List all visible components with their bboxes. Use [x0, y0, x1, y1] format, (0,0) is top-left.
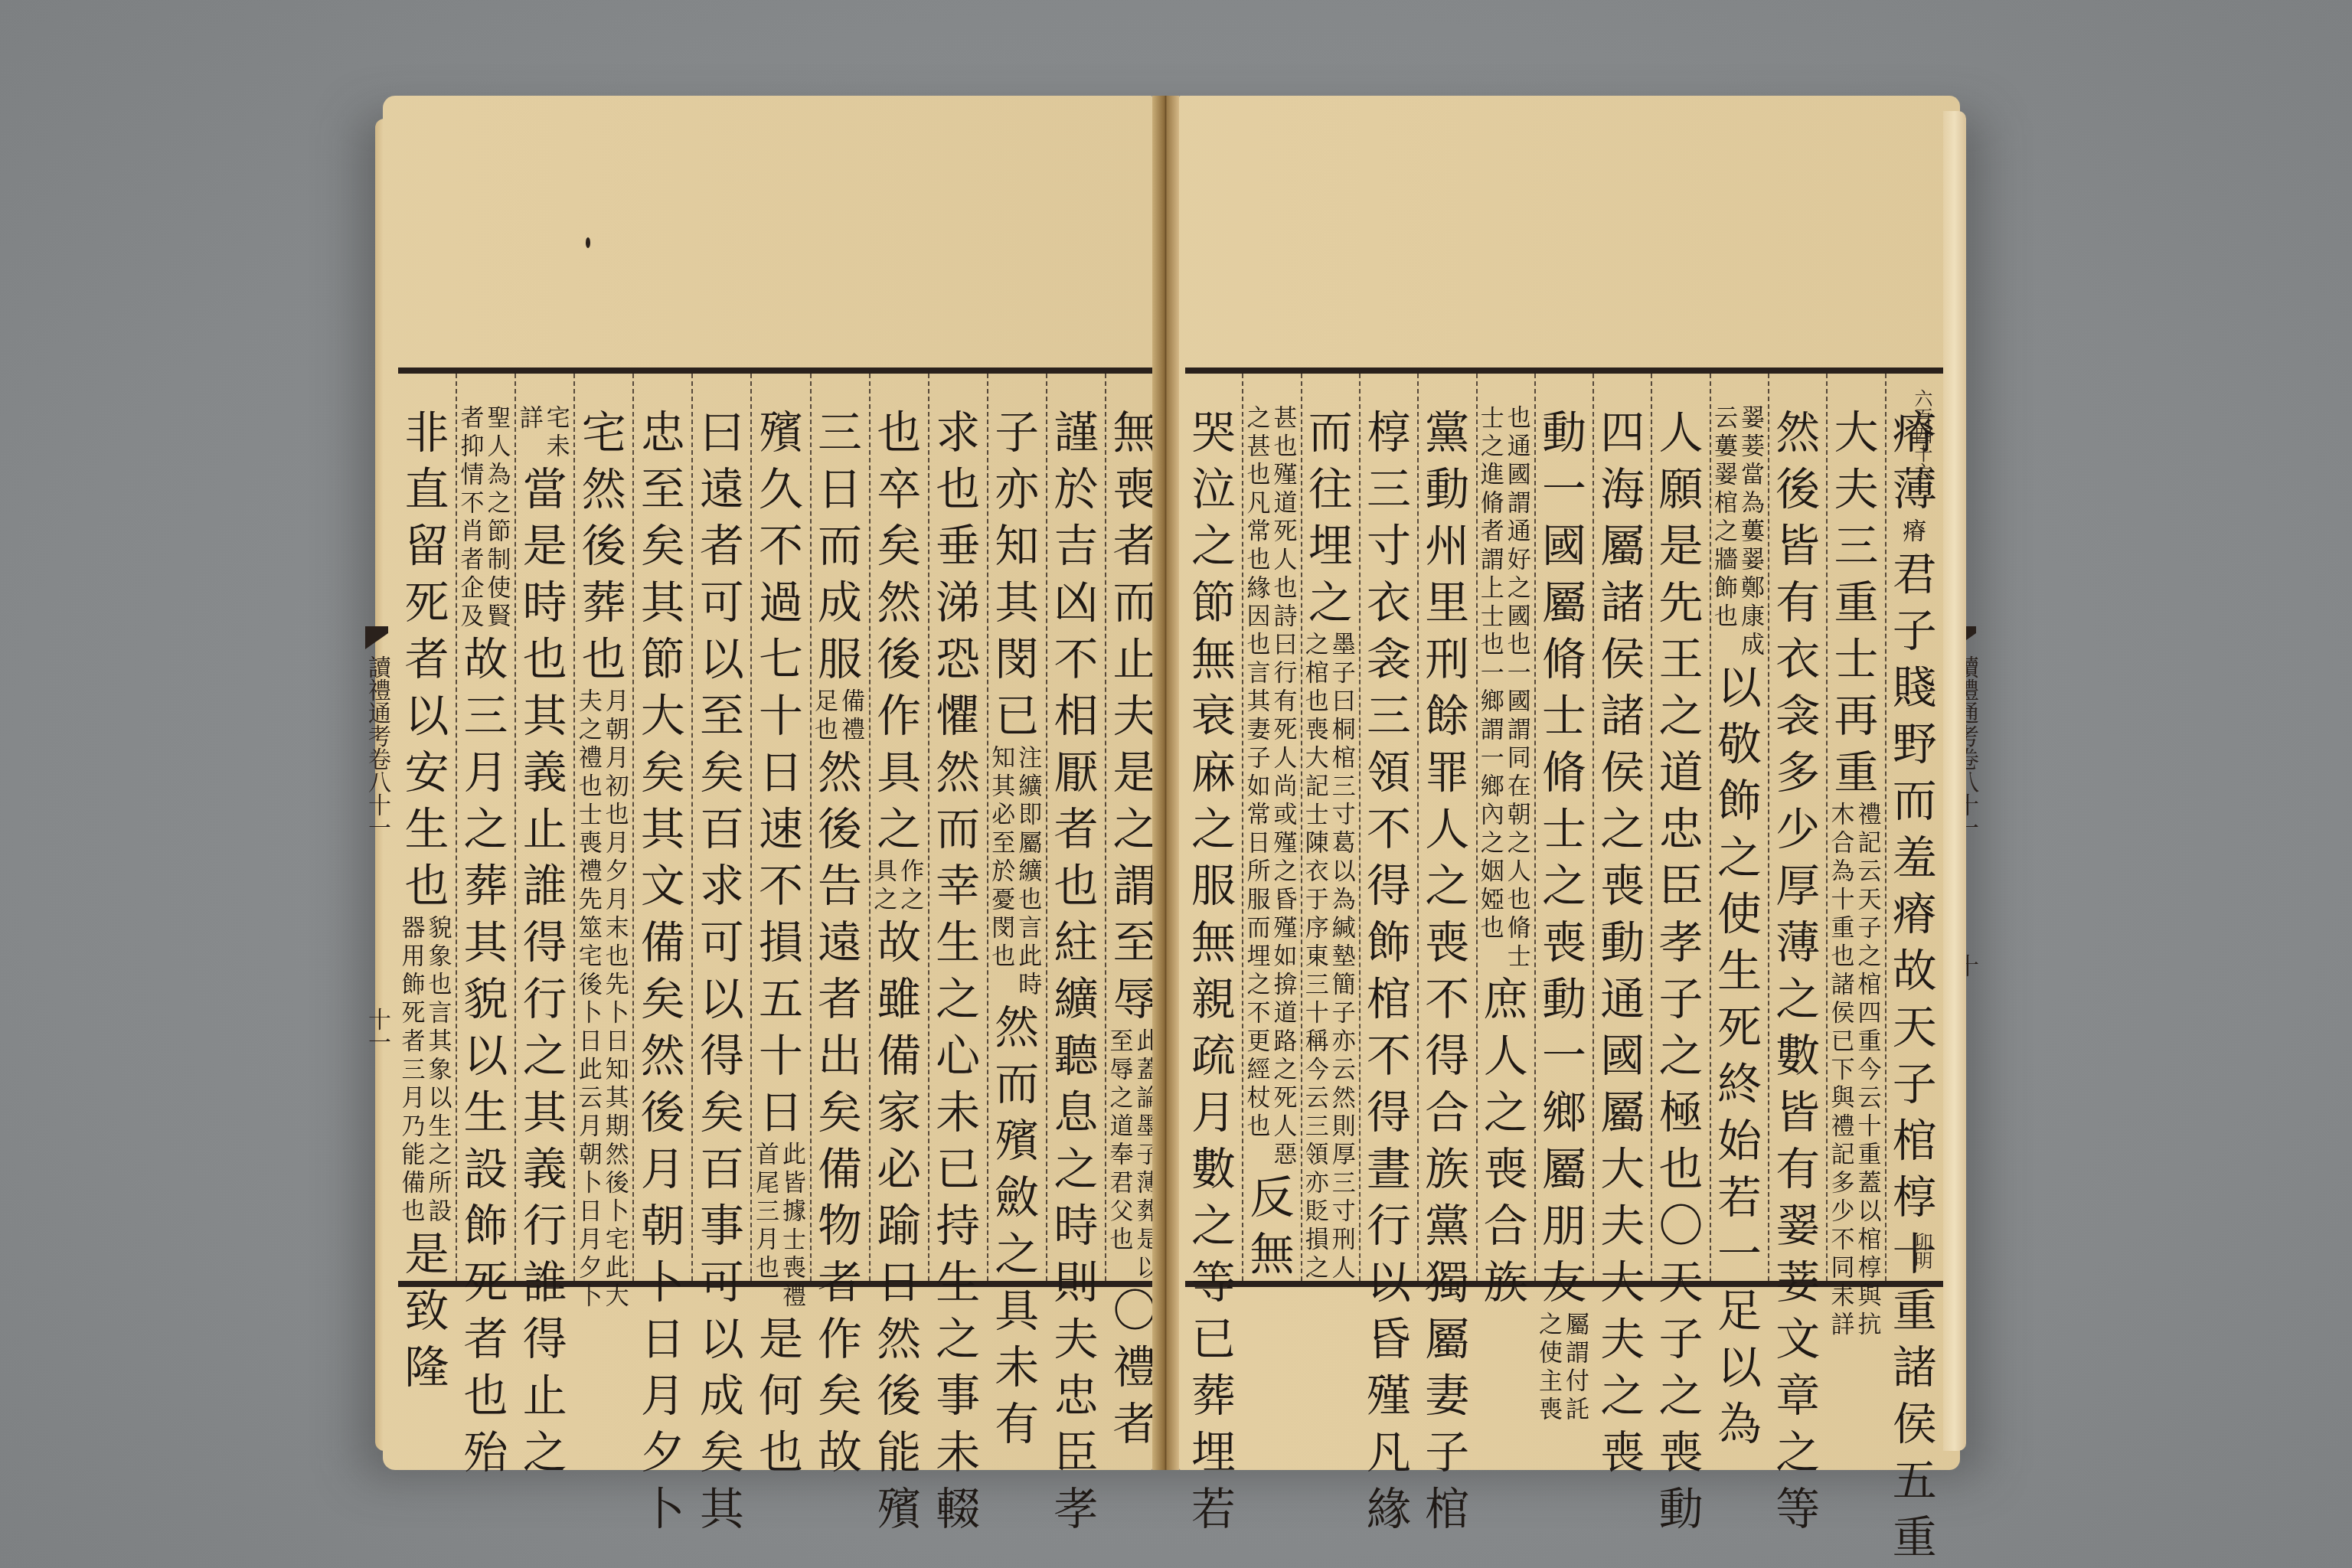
commentary-line: 禮記云天子之棺四重今云十重蓋以棺椁與抗	[1858, 801, 1882, 1339]
main-text-char: 動	[1542, 971, 1586, 1027]
main-text-char: 卒	[877, 461, 921, 518]
main-text-char: 喪	[1484, 1141, 1528, 1197]
interlinear-commentary: 甚也殣道死人也詩曰行有死人尚或殣之昏殣如揜道路之死人惡之甚也凡常也緣因也言其妻子…	[1246, 404, 1297, 1169]
main-text-char: 合	[1484, 1197, 1528, 1254]
main-text-char: 之	[1775, 971, 1820, 1027]
commentary-char: 之	[1305, 631, 1329, 659]
commentary-char: 之	[1858, 942, 1882, 971]
commentary-char: 十	[1305, 999, 1329, 1027]
text-column: 三日而成服備禮足也然後告遠者出矣備物者作矣故	[810, 374, 869, 1281]
main-text-char: 寸	[1367, 518, 1411, 574]
main-text-char: 為	[1717, 1396, 1762, 1452]
main-text-char: 已	[936, 1141, 980, 1197]
main-text-char: 喪	[1659, 1424, 1704, 1481]
main-text-char: 宅	[582, 404, 626, 461]
main-text-char: 願	[1659, 461, 1704, 518]
commentary-char: 道	[1273, 999, 1297, 1027]
commentary-char: 記	[1305, 773, 1329, 801]
main-text-char: 而	[1112, 574, 1157, 631]
commentary-char: 也	[402, 1197, 426, 1226]
main-text-char: 而	[995, 1056, 1039, 1112]
main-text-char: 屬	[1542, 574, 1586, 631]
main-text-char: 然	[877, 574, 921, 631]
commentary-char: 士	[1508, 942, 1531, 971]
text-column: 而往埋之墨子曰桐棺三寸葛以為緘墊簡子亦云然則厚三寸刑人之棺也喪大記士陳衣于序東三…	[1301, 374, 1359, 1281]
commentary-char: 者	[402, 1027, 426, 1056]
main-text-char: 必	[877, 1141, 921, 1197]
main-text-char: 備	[877, 1027, 921, 1084]
commentary-char: 重	[1831, 914, 1855, 942]
main-text-char: 而	[1308, 404, 1353, 461]
main-text-char: 刑	[1425, 631, 1469, 688]
commentary-char: 企	[461, 574, 485, 603]
main-text-char: 踰	[877, 1197, 921, 1254]
main-text-char: 以	[464, 1027, 508, 1084]
main-text-char: 翣	[1775, 1197, 1820, 1254]
commentary-char: 其	[1246, 688, 1270, 716]
main-text-char: 里	[1425, 574, 1469, 631]
main-text-char: 者	[818, 971, 862, 1027]
commentary-char: 憂	[991, 886, 1015, 914]
commentary-char: 據	[782, 1197, 806, 1226]
main-text-char: 行	[1367, 1197, 1411, 1254]
commentary-char: 詩	[1273, 603, 1297, 631]
main-text-char: 百	[700, 1141, 744, 1197]
main-text-char: 也	[1659, 1141, 1704, 1197]
commentary-char: 損	[1305, 1226, 1329, 1254]
main-text-char: 服	[818, 631, 862, 688]
main-text-char: 動	[1425, 461, 1469, 518]
commentary-char: 常	[1246, 518, 1270, 546]
commentary-char: 禮	[1831, 1112, 1855, 1141]
commentary-char: 一	[1481, 659, 1504, 688]
main-text-char: 孝	[1053, 1481, 1098, 1537]
left-page[interactable]: 無喪者而止夫是之謂至辱此蓋論墨子薄葬是以至辱之道奉君父也〇禮者謹於吉凶不相厭者也…	[383, 96, 1152, 1470]
main-text-char: 妻	[1425, 1367, 1469, 1424]
commentary-char: 三	[402, 1056, 426, 1084]
commentary-char: 未	[1831, 1282, 1855, 1311]
main-text-char: 息	[1053, 1084, 1098, 1141]
commentary-line: 夫之禮也士喪禮先筮宅後卜日此云月朝卜日月夕卜	[579, 688, 603, 1311]
commentary-char: 禮	[579, 857, 603, 886]
main-text-char: 〇	[1112, 1282, 1157, 1339]
main-text-char: 緣	[1367, 1481, 1411, 1537]
main-text-char: 未	[936, 1424, 980, 1481]
main-text-char: 吉	[1053, 518, 1098, 574]
commentary-line: 此皆據士喪禮	[782, 1141, 806, 1311]
main-text-char: 知	[995, 518, 1039, 574]
main-text-char: 敬	[1717, 716, 1762, 773]
commentary-char: 貌	[429, 914, 452, 942]
commentary-char: 而	[1246, 914, 1270, 942]
main-text-char: 之	[1659, 1027, 1704, 1084]
main-text-char: 三	[464, 688, 508, 744]
commentary-char: 主	[1539, 1367, 1563, 1396]
commentary-line: 首尾三月也	[756, 1141, 779, 1311]
main-text-char: 得	[1367, 1084, 1411, 1141]
main-text-char: 者	[1112, 1396, 1157, 1452]
commentary-char: 多	[1831, 1169, 1855, 1197]
main-text-char: 矣	[641, 518, 685, 574]
main-text-char: 子	[1659, 971, 1704, 1027]
commentary-char: 詳	[520, 404, 544, 433]
commentary-char: 使	[488, 574, 511, 603]
main-text-char: 得	[1425, 1027, 1469, 1084]
commentary-char: 言	[1018, 914, 1042, 942]
commentary-char: 士	[1305, 801, 1329, 829]
commentary-char: 纊	[1018, 857, 1042, 886]
commentary-char: 經	[1246, 1056, 1270, 1084]
commentary-line: 足也	[815, 688, 838, 744]
commentary-char: 國	[1508, 688, 1531, 716]
main-text-char: 一	[1542, 1027, 1586, 1084]
main-text-char: 可	[700, 574, 744, 631]
main-text-char: 故	[877, 914, 921, 971]
commentary-char: 月	[606, 688, 629, 716]
commentary-char: 末	[606, 914, 629, 942]
main-text-char: 若	[1717, 1169, 1762, 1226]
main-text-char: 能	[877, 1424, 921, 1481]
main-text-char: 夫	[1600, 1197, 1645, 1254]
main-text-char: 多	[1775, 744, 1820, 801]
main-text-char: 餘	[1425, 688, 1469, 744]
main-text-char: 殣	[1367, 1367, 1411, 1424]
commentary-char: 衣	[1305, 857, 1329, 886]
commentary-char: 肖	[461, 518, 485, 546]
main-text-char: 動	[1542, 404, 1586, 461]
main-text-char: 以	[700, 1311, 744, 1367]
main-text-char: 衰	[1191, 688, 1236, 744]
commentary-char: 死	[1273, 1084, 1297, 1112]
main-text-char: 罪	[1425, 744, 1469, 801]
commentary-char: 常	[1246, 801, 1270, 829]
main-text-char: 過	[759, 574, 803, 631]
commentary-char: 也	[1508, 404, 1531, 433]
commentary-char: 禮	[1858, 801, 1882, 829]
commentary-char: 杖	[1246, 1084, 1270, 1112]
text-column: 大夫三重士再重禮記云天子之棺四重今云十重蓋以棺椁與抗木合為十重也諸侯已下與禮記多…	[1826, 374, 1884, 1281]
main-text-char: 以	[700, 631, 744, 688]
commentary-char: 甚	[1246, 433, 1270, 461]
main-text-char: 之	[1659, 688, 1704, 744]
main-text-char: 飾	[1367, 914, 1411, 971]
commentary-char: 簡	[1332, 971, 1356, 999]
main-text-char: 纊	[1053, 971, 1098, 1027]
commentary-char: 日	[1246, 829, 1270, 857]
main-text-char: 喪	[1425, 914, 1469, 971]
commentary-char: 國	[1508, 603, 1531, 631]
commentary-char: 云	[1858, 1084, 1882, 1112]
commentary-char: 也	[1018, 886, 1042, 914]
main-text-char: 衾	[1775, 688, 1820, 744]
commentary-char: 蔞	[1741, 518, 1765, 546]
text-column: 黨動州里刑餘罪人之喪不得合族黨獨屬妻子棺	[1417, 374, 1475, 1281]
upper-corner-note: 六百四十六	[1911, 389, 1932, 481]
commentary-char: 及	[461, 603, 485, 631]
commentary-char: 之	[1508, 829, 1531, 857]
left-page-text-frame: 無喪者而止夫是之謂至辱此蓋論墨子薄葬是以至辱之道奉君父也〇禮者謹於吉凶不相厭者也…	[398, 367, 1164, 1287]
commentary-char: 者	[1481, 518, 1504, 546]
commentary-char: 三	[1305, 971, 1329, 999]
main-text-char: 幸	[936, 857, 980, 914]
interlinear-commentary: 墨子曰桐棺三寸葛以為緘墊簡子亦云然則厚三寸刑人之棺也喪大記士陳衣于序東三十稱今云…	[1305, 631, 1356, 1282]
main-text-char: 之	[1600, 801, 1645, 857]
commentary-char: 之	[1481, 433, 1504, 461]
commentary-char: 三	[756, 1197, 779, 1226]
main-text-char: 黨	[1425, 1197, 1469, 1254]
commentary-char: 之	[1508, 574, 1531, 603]
main-text-char: 矣	[641, 971, 685, 1027]
main-text-char: 可	[700, 914, 744, 971]
main-text-char: 先	[1659, 574, 1704, 631]
commentary-char: 在	[1508, 773, 1531, 801]
commentary-char: 器	[402, 914, 426, 942]
commentary-char: 東	[1305, 942, 1329, 971]
main-text-char: 獨	[1425, 1254, 1469, 1311]
commentary-line: 屬謂付託	[1566, 1311, 1589, 1424]
main-text-char: 葬	[1191, 1367, 1236, 1424]
commentary-char: 喪	[579, 829, 603, 857]
main-text-char: 天	[1893, 999, 1937, 1056]
commentary-char: 初	[606, 773, 629, 801]
commentary-line: 月朝月初也月夕月末也先卜日知其期然後卜宅此大	[606, 688, 629, 1311]
interlinear-commentary: 瘠	[1903, 518, 1926, 546]
text-column: 非直留死者以安生也貌象也言其象以生之所設器用飾死者三月乃能備也是致隆	[398, 374, 456, 1281]
main-text-char: 然	[995, 999, 1039, 1056]
main-text-char: 子	[1659, 1311, 1704, 1367]
commentary-char: 士	[579, 801, 603, 829]
commentary-char: 詳	[1831, 1311, 1855, 1339]
commentary-char: 先	[606, 971, 629, 999]
commentary-char: 有	[1273, 688, 1297, 716]
main-text-char: 數	[1775, 1027, 1820, 1084]
commentary-char: 之	[1109, 1084, 1133, 1112]
commentary-char: 謂	[1481, 716, 1504, 744]
main-text-char: 貌	[464, 971, 508, 1027]
main-text-char: 謂	[1112, 857, 1157, 914]
main-text-char: 野	[1893, 716, 1937, 773]
book-gutter	[1152, 96, 1179, 1470]
commentary-char: 者	[461, 404, 485, 433]
main-text-char: 持	[936, 1197, 980, 1254]
main-text-char: 後	[1775, 461, 1820, 518]
commentary-char: 重	[1858, 1027, 1882, 1056]
text-column: 哭泣之節無衰麻之服無親疏月數之等已葬埋若	[1185, 374, 1242, 1281]
commentary-char: 三	[1332, 773, 1356, 801]
commentary-char: 稱	[1305, 1027, 1329, 1056]
main-text-char: 諸	[1893, 1339, 1937, 1396]
commentary-char: 也	[1273, 433, 1297, 461]
commentary-char: 即	[1018, 801, 1042, 829]
commentary-char: 墨	[1332, 631, 1356, 659]
commentary-char: 今	[1858, 1056, 1882, 1084]
main-text-char: 致	[405, 1282, 449, 1339]
commentary-line: 器用飾死者三月乃能備也	[402, 914, 426, 1226]
main-text-char: 族	[1484, 1254, 1528, 1311]
commentary-line: 知其必至於憂閔也	[991, 744, 1015, 999]
commentary-char: 也	[1109, 1226, 1133, 1254]
main-text-char: 日	[818, 461, 862, 518]
commentary-char: 之	[1273, 1056, 1297, 1084]
commentary-char: 大	[606, 1282, 629, 1311]
main-text-char: 出	[818, 1027, 862, 1084]
commentary-char: 作	[900, 857, 924, 886]
main-text-char: 者	[1053, 801, 1098, 857]
main-text-char: 三	[818, 404, 862, 461]
commentary-char: 緘	[1332, 914, 1356, 942]
main-text-char: 棺	[1367, 971, 1411, 1027]
commentary-char: 子	[1332, 999, 1356, 1027]
main-text-char: 之	[877, 801, 921, 857]
commentary-char: 喪	[1539, 1396, 1563, 1424]
main-text-char: 之	[1191, 801, 1236, 857]
main-text-char: 飾	[464, 1197, 508, 1254]
main-text-char: 其	[523, 688, 567, 744]
main-text-char: 椁	[1893, 1169, 1937, 1226]
commentary-char: 進	[1481, 461, 1504, 489]
main-text-char: 之	[1425, 857, 1469, 914]
commentary-char: 菨	[1741, 433, 1765, 461]
main-text-char: 三	[1367, 461, 1411, 518]
commentary-char: 朝	[606, 716, 629, 744]
commentary-char: 備	[402, 1169, 426, 1197]
main-text-char: 也	[464, 1367, 508, 1424]
main-text-char: 賤	[1893, 659, 1937, 716]
commentary-char: 上	[1481, 574, 1504, 603]
commentary-char: 天	[1858, 886, 1882, 914]
commentary-char: 其	[991, 773, 1015, 801]
commentary-char: 纊	[1018, 773, 1042, 801]
main-text-char: 然	[818, 744, 862, 801]
commentary-char: 月	[606, 744, 629, 773]
main-text-char: 以	[405, 688, 449, 744]
main-text-char: 其	[641, 574, 685, 631]
commentary-char: 之	[1246, 971, 1270, 999]
main-text-char: 忠	[1659, 801, 1704, 857]
commentary-char: 注	[1018, 744, 1042, 773]
commentary-char: 之	[1539, 1311, 1563, 1339]
main-text-char: 重	[1893, 1282, 1937, 1339]
main-text-char: 泣	[1191, 461, 1236, 518]
commentary-line: 之使主喪	[1539, 1311, 1563, 1424]
commentary-char: 也	[1305, 688, 1329, 716]
main-text-char: 日	[759, 744, 803, 801]
main-text-char: 埋	[1308, 518, 1353, 574]
interlinear-commentary: 此皆據士喪禮首尾三月也	[756, 1141, 806, 1311]
main-text-char: 親	[1191, 971, 1236, 1027]
commentary-char: 賢	[488, 603, 511, 631]
main-text-char: 皆	[1775, 518, 1820, 574]
main-text-char: 矣	[700, 744, 744, 801]
commentary-char: 諸	[1831, 971, 1855, 999]
main-text-char: 家	[877, 1084, 921, 1141]
commentary-char: 棺	[1858, 1226, 1882, 1254]
main-text-char: 極	[1659, 1084, 1704, 1141]
commentary-char: 卜	[606, 1197, 629, 1226]
main-text-char: 告	[818, 857, 862, 914]
commentary-char: 首	[756, 1141, 779, 1169]
main-text-char: 義	[523, 1141, 567, 1197]
main-text-char: 以	[1717, 659, 1762, 716]
commentary-char: 曰	[1332, 688, 1356, 716]
main-text-char: 以	[700, 971, 744, 1027]
main-text-char: 脩	[1542, 744, 1586, 801]
main-text-char: 無	[1249, 1226, 1294, 1282]
main-text-char: 成	[700, 1367, 744, 1424]
commentary-char: 死	[1273, 518, 1297, 546]
commentary-char: 宅	[579, 942, 603, 971]
commentary-char: 今	[1305, 1056, 1329, 1084]
main-text-char: 屬	[1425, 1311, 1469, 1367]
main-text-char: 之	[1717, 829, 1762, 886]
main-text-char: 時	[1053, 1197, 1098, 1254]
main-text-char: 凶	[1053, 574, 1098, 631]
text-column: 也卒矣然後作具之作之具之故雖備家必踰日然後能殯	[869, 374, 928, 1281]
main-text-char: 止	[523, 1367, 567, 1424]
commentary-char: 牆	[1714, 546, 1738, 574]
main-text-char: 瘠	[1893, 886, 1937, 942]
main-text-char: 非	[405, 404, 449, 461]
commentary-char: 棺	[1714, 489, 1738, 518]
commentary-char: 卜	[606, 999, 629, 1027]
commentary-char: 士	[782, 1226, 806, 1254]
main-text-char: 然	[936, 744, 980, 801]
commentary-char: 此	[782, 1141, 806, 1169]
commentary-char: 朝	[1508, 801, 1531, 829]
text-column: 瘠薄瘠君子賤野而羞瘠故天子棺椁十重諸侯五重	[1885, 374, 1943, 1281]
commentary-char: 之	[1714, 518, 1738, 546]
commentary-char: 也	[606, 801, 629, 829]
commentary-line: 備禮	[841, 688, 865, 744]
main-text-char: 者	[700, 518, 744, 574]
lower-corner-note: 卯明	[1911, 1233, 1932, 1269]
main-text-char: 輟	[936, 1481, 980, 1537]
right-page[interactable]: 瘠薄瘠君子賤野而羞瘠故天子棺椁十重諸侯五重大夫三重士再重禮記云天子之棺四重今云十…	[1179, 96, 1960, 1470]
main-text-char: 是	[759, 1311, 803, 1367]
main-text-char: 之	[1053, 1141, 1098, 1197]
main-text-char: 子	[1893, 1056, 1937, 1112]
main-text-char: 也	[1053, 857, 1098, 914]
main-text-char: 晝	[1367, 1141, 1411, 1197]
main-text-char: 百	[700, 801, 744, 857]
main-text-char: 其	[995, 574, 1039, 631]
main-text-char: 紸	[1053, 914, 1098, 971]
commentary-char: 之	[429, 1141, 452, 1169]
main-text-char: 之	[523, 1424, 567, 1481]
main-text-char: 椁	[1367, 404, 1411, 461]
commentary-char: 凡	[1246, 489, 1270, 518]
commentary-char: 士	[1481, 404, 1504, 433]
main-text-char: 之	[1775, 1424, 1820, 1481]
commentary-char: 道	[1273, 489, 1297, 518]
commentary-char: 十	[1858, 1112, 1882, 1141]
text-column: 甚也殣道死人也詩曰行有死人尚或殣之昏殣如揜道路之死人惡之甚也凡常也緣因也言其妻子…	[1242, 374, 1300, 1281]
main-text-char: 求	[936, 404, 980, 461]
commentary-char: 埋	[1246, 942, 1270, 971]
commentary-char: 能	[402, 1141, 426, 1169]
main-text-char: 故	[1893, 942, 1937, 999]
commentary-char: 也	[1273, 574, 1297, 603]
main-text-char: 使	[1717, 886, 1762, 942]
commentary-char: 好	[1508, 546, 1531, 574]
commentary-char: 奉	[1109, 1141, 1133, 1169]
commentary-char: 殣	[1273, 914, 1297, 942]
main-text-char: 而	[1893, 773, 1937, 829]
main-text-char: 昏	[1367, 1311, 1411, 1367]
commentary-line: 翣菨當為蔞翣鄭康成	[1741, 404, 1765, 659]
commentary-char: 四	[1858, 999, 1882, 1027]
commentary-char: 謂	[1508, 489, 1531, 518]
